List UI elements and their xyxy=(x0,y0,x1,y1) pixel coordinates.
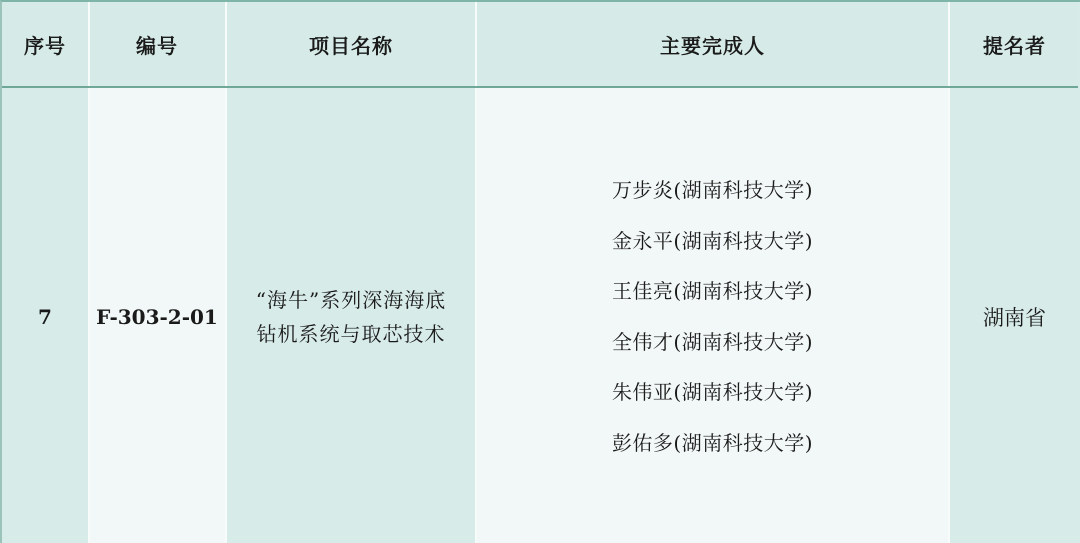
header-code: 编号 xyxy=(88,2,226,86)
completer-item: 朱伟亚(湖南科技大学) xyxy=(612,367,813,418)
header-project-name: 项目名称 xyxy=(226,2,476,86)
header-index: 序号 xyxy=(2,2,88,86)
cell-project-name: “海牛”系列深海海底 钻机系统与取芯技术 xyxy=(226,88,476,543)
completer-item: 全伟才(湖南科技大学) xyxy=(612,317,813,368)
award-table: 序号 编号 项目名称 主要完成人 提名者 7 F-303-2-01 “海牛”系列… xyxy=(0,0,1080,543)
cell-main-completers: 万步炎(湖南科技大学) 金永平(湖南科技大学) 王佳亮(湖南科技大学) 全伟才(… xyxy=(476,88,949,543)
header-nominator: 提名者 xyxy=(949,2,1080,86)
completer-item: 彭佑多(湖南科技大学) xyxy=(612,418,813,469)
project-name-line: “海牛”系列深海海底 xyxy=(256,283,446,317)
cell-nominator: 湖南省 xyxy=(949,88,1080,543)
completer-item: 万步炎(湖南科技大学) xyxy=(612,165,813,216)
project-name-line: 钻机系统与取芯技术 xyxy=(257,317,446,351)
cell-code: F-303-2-01 xyxy=(88,88,226,543)
cell-index: 7 xyxy=(2,88,88,543)
completer-item: 金永平(湖南科技大学) xyxy=(612,216,813,267)
completer-item: 王佳亮(湖南科技大学) xyxy=(612,266,813,317)
header-main-completers: 主要完成人 xyxy=(476,2,949,86)
